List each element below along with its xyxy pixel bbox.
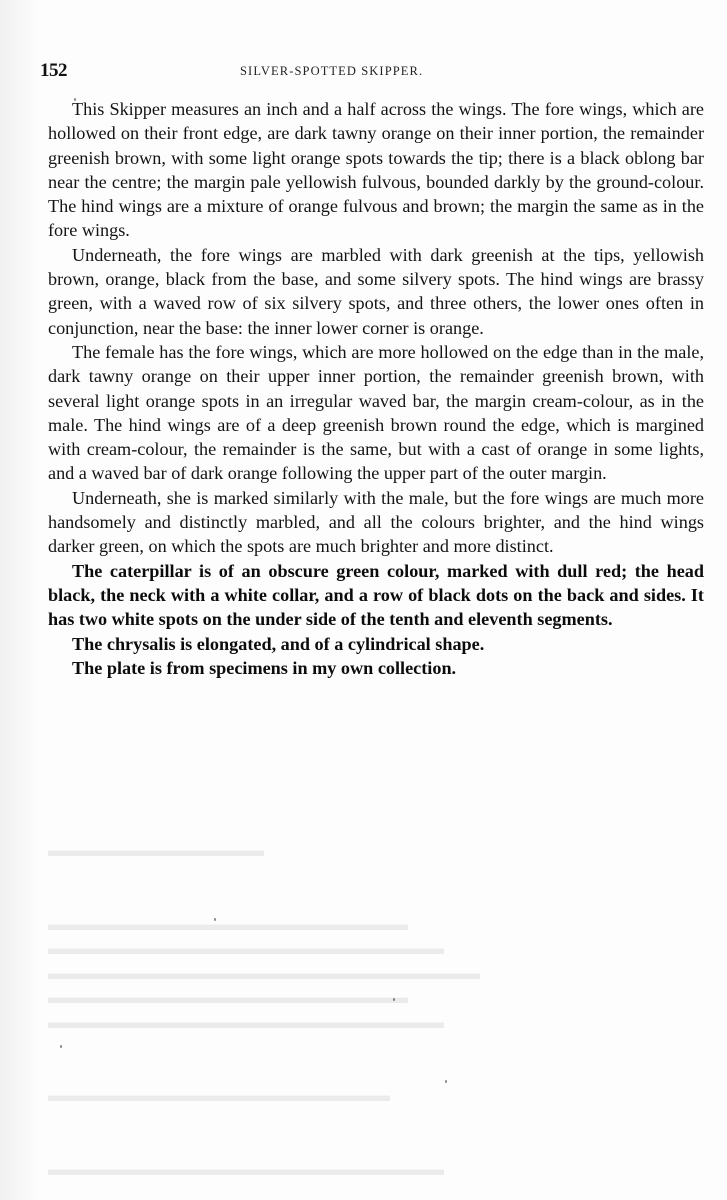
paragraph-male-description: This Skipper measures an inch and a half… [48,97,704,243]
paragraph-female-description: The female has the fore wings, which are… [48,340,704,486]
running-head: 152 SILVER-SPOTTED SKIPPER. [40,60,700,84]
paper-speck [60,1045,62,1048]
paragraph-plate-source: The plate is from specimens in my own co… [48,656,704,680]
paragraph-caterpillar: The caterpillar is of an obscure green c… [48,559,704,632]
running-title: SILVER-SPOTTED SKIPPER. [240,64,423,79]
show-through-texture: ▬▬▬▬▬▬▬▬▬▬▬▬ ▬▬▬▬▬▬▬▬▬▬▬▬▬▬▬▬▬▬▬▬ ▬▬▬▬▬▬… [48,838,708,1181]
paper-speck [445,1080,447,1083]
paper-speck [393,998,395,1001]
paper-speck [214,918,216,921]
paragraph-chrysalis: The chrysalis is elongated, and of a cyl… [48,632,704,656]
body-text: This Skipper measures an inch and a half… [48,97,704,680]
paper-speck [74,98,76,101]
book-page: 152 SILVER-SPOTTED SKIPPER. This Skipper… [0,0,727,1200]
page-number: 152 [40,60,67,82]
paragraph-male-underside: Underneath, the fore wings are marbled w… [48,243,704,340]
paragraph-female-underside: Underneath, she is marked similarly with… [48,486,704,559]
